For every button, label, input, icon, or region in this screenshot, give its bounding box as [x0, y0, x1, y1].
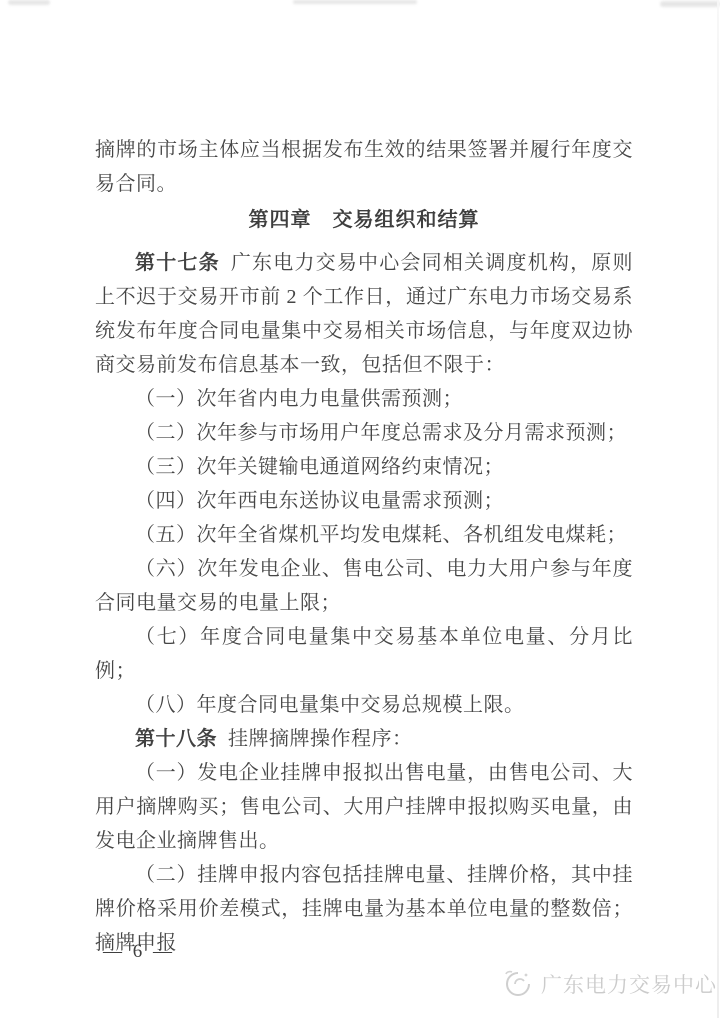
document-page: 摘牌的市场主体应当根据发布生效的结果签署并履行年度交易合同。 第四章 交易组织和…: [0, 0, 720, 1018]
list-item-5: （五）次年全省煤机平均发电煤耗、各机组发电煤耗；: [95, 518, 633, 552]
scan-smudge: [660, 1, 720, 7]
list-item-18-1: （一）发电企业挂牌申报拟出售电量，由售电公司、大用户摘牌购买；售电公司、大用户挂…: [95, 756, 633, 858]
article-18-number: 第十八条: [135, 728, 217, 750]
list-item-8: （八）年度合同电量集中交易总规模上限。: [95, 688, 633, 722]
power-exchange-logo-icon: [502, 968, 536, 1000]
article-17-paragraph: 第十七条广东电力交易中心会同相关调度机构，原则上不迟于交易开市前 2 个工作日，…: [95, 246, 633, 382]
scan-smudge: [8, 0, 50, 5]
article-17-number: 第十七条: [135, 252, 220, 274]
scan-edge-line: [717, 0, 719, 1018]
page-number: — 6 —: [103, 941, 175, 963]
list-item-4: （四）次年西电东送协议电量需求预测；: [95, 484, 633, 518]
list-item-18-2: （二）挂牌申报内容包括挂牌电量、挂牌价格，其中挂牌价格采用价差模式，挂牌电量为基…: [95, 858, 633, 960]
list-item-3: （三）次年关键输电通道网络约束情况；: [95, 450, 633, 484]
list-item-2: （二）次年参与市场用户年度总需求及分月需求预测；: [95, 416, 633, 450]
scan-smudge: [293, 0, 417, 4]
article-18-paragraph: 第十八条挂牌摘牌操作程序：: [95, 722, 633, 756]
document-content: 摘牌的市场主体应当根据发布生效的结果签署并履行年度交易合同。 第四章 交易组织和…: [95, 133, 633, 960]
chapter-heading: 第四章 交易组织和结算: [95, 203, 633, 237]
paragraph-continuation: 摘牌的市场主体应当根据发布生效的结果签署并履行年度交易合同。: [95, 133, 633, 201]
list-item-1: （一）次年省内电力电量供需预测；: [95, 382, 633, 416]
list-item-6: （六）次年发电企业、售电公司、电力大用户参与年度合同电量交易的电量上限；: [95, 552, 633, 620]
list-item-7: （七）年度合同电量集中交易基本单位电量、分月比例；: [95, 620, 633, 688]
watermark: 广东电力交易中心: [502, 968, 717, 1000]
article-18-text: 挂牌摘牌操作程序：: [228, 728, 413, 750]
watermark-text: 广东电力交易中心: [541, 969, 717, 999]
